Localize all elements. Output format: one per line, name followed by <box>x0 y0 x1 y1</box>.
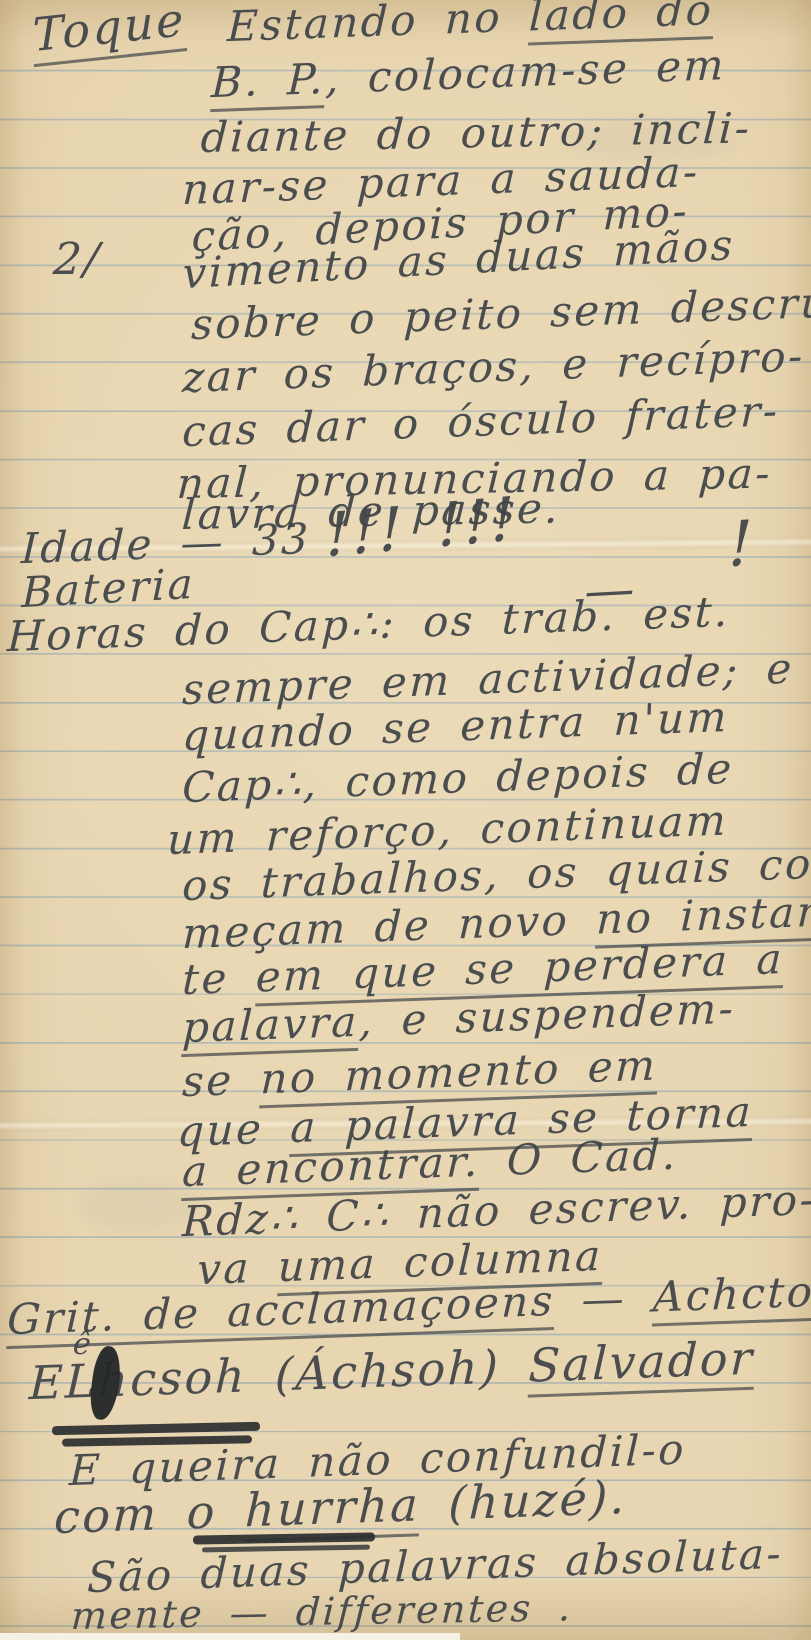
handwriting-text: O Cad. <box>479 1130 679 1186</box>
heavy-underline <box>52 1422 260 1435</box>
handwriting-text: ELhcsoh <box>28 1348 248 1410</box>
handwriting-text: — <box>554 1272 654 1325</box>
handwriting-text: , colocam-se em <box>325 40 727 103</box>
handwriting-text: (Áchsoh) <box>246 1339 529 1403</box>
handwriting-text: palavra <box>181 997 360 1057</box>
scan-edge <box>0 1633 460 1640</box>
handwriting-text: lado do <box>528 0 714 46</box>
password-line: ELhcsoh (Áchsoh) Salvador <box>28 1335 755 1406</box>
page-number: 2/ <box>52 238 103 282</box>
handwriting-text: (huzé). <box>419 1470 628 1531</box>
section-label-toque: Toque <box>32 0 186 58</box>
handwriting-text: Achctonh <box>652 1265 811 1327</box>
handwriting-text: Salvador <box>527 1331 755 1398</box>
handwriting-text: ! <box>728 506 755 581</box>
handwriting-line: mente — differentes . <box>70 1588 574 1635</box>
handwriting-text: 2/ <box>52 234 103 285</box>
handwriting-text: Toque <box>32 0 187 67</box>
bateria-final-mark: ! <box>728 512 755 576</box>
heavy-underline <box>193 1532 375 1544</box>
manuscript-page: ToqueEstando no lado doB. P., colocam-se… <box>0 0 811 1640</box>
handwriting-line: B. P., colocam-se em <box>211 44 727 104</box>
handwriting-text: mente — differentes . <box>70 1585 574 1638</box>
handwriting-text: te <box>181 952 256 1004</box>
bateria-marks: !!! !!! <box>325 489 518 566</box>
handwriting-line: cas dar o ósculo frater- <box>182 390 781 453</box>
handwriting-text: B. P. <box>210 54 326 112</box>
handwriting-text: se <box>181 1054 261 1106</box>
handwriting-line: Estando no lado do <box>227 0 715 48</box>
handwriting-text: Estando no <box>226 0 529 51</box>
